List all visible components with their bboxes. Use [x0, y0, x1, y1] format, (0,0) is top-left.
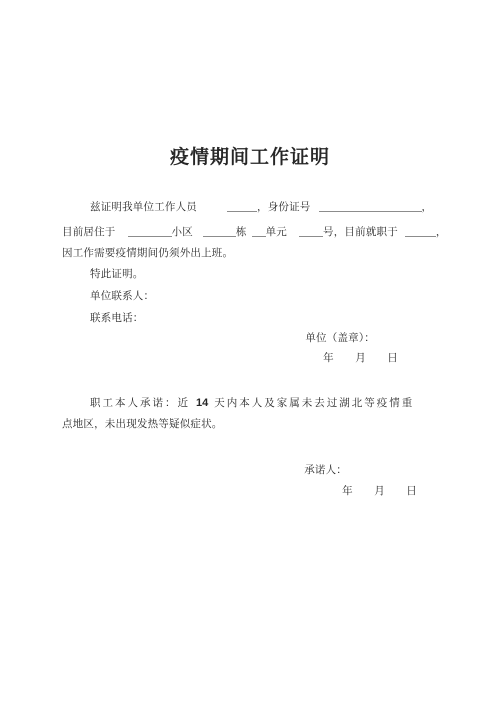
comma: ， [257, 202, 268, 213]
community-label: 小区 [172, 227, 193, 238]
promiser-date-line: 年 月 日 [62, 484, 438, 499]
comma: ， [436, 227, 447, 238]
promise-days-number: 14 [196, 397, 208, 409]
certificate-page: 疫情期间工作证明 兹证明我单位工作人员，身份证号， 目前居住于小区栋单元号，目前… [0, 0, 500, 708]
room-number-blank [299, 224, 323, 237]
promise-lead-text: 职工本人承诺：近 [90, 398, 190, 409]
comma: ， [422, 202, 433, 213]
paragraph1-line3: 因工作需要疫情期间仍须外出上班。 [62, 246, 438, 261]
unit-contact-label: 单位联系人： [62, 289, 438, 304]
community-name-blank [128, 224, 172, 237]
employer-label: 号，目前就职于 [323, 227, 398, 238]
promiser-label-line: 承诺人： [62, 463, 438, 478]
unit-seal-line: 单位（盖章）： [62, 331, 438, 346]
employee-name-blank [227, 199, 257, 212]
promise-rest-text: 天内本人及家属未去过湖北等疫情重 [214, 398, 414, 409]
unit-date-line: 年 月 日 [62, 351, 438, 366]
hereby-certify-line: 特此证明。 [62, 267, 438, 282]
building-number-blank [203, 224, 236, 237]
promise-line1: 职工本人承诺：近14天内本人及家属未去过湖北等疫情重 [62, 396, 438, 411]
certify-text: 兹证明我单位工作人员 [90, 202, 197, 213]
document-title: 疫情期间工作证明 [0, 146, 500, 170]
paragraph1-line1: 兹证明我单位工作人员，身份证号， [62, 199, 438, 215]
residence-label: 目前居住于 [62, 227, 116, 238]
building-label: 栋 [236, 227, 247, 238]
contact-phone-label: 联系电话： [62, 311, 438, 326]
paragraph1-line2: 目前居住于小区栋单元号，目前就职于， [62, 224, 438, 240]
promise-line2: 点地区，未出现发热等疑似症状。 [62, 417, 438, 432]
id-number-label: 身份证号 [268, 202, 311, 213]
unit-number-blank [252, 224, 266, 237]
id-number-blank [319, 199, 422, 212]
employer-name-blank [405, 224, 436, 237]
unit-label: 单元 [266, 227, 287, 238]
